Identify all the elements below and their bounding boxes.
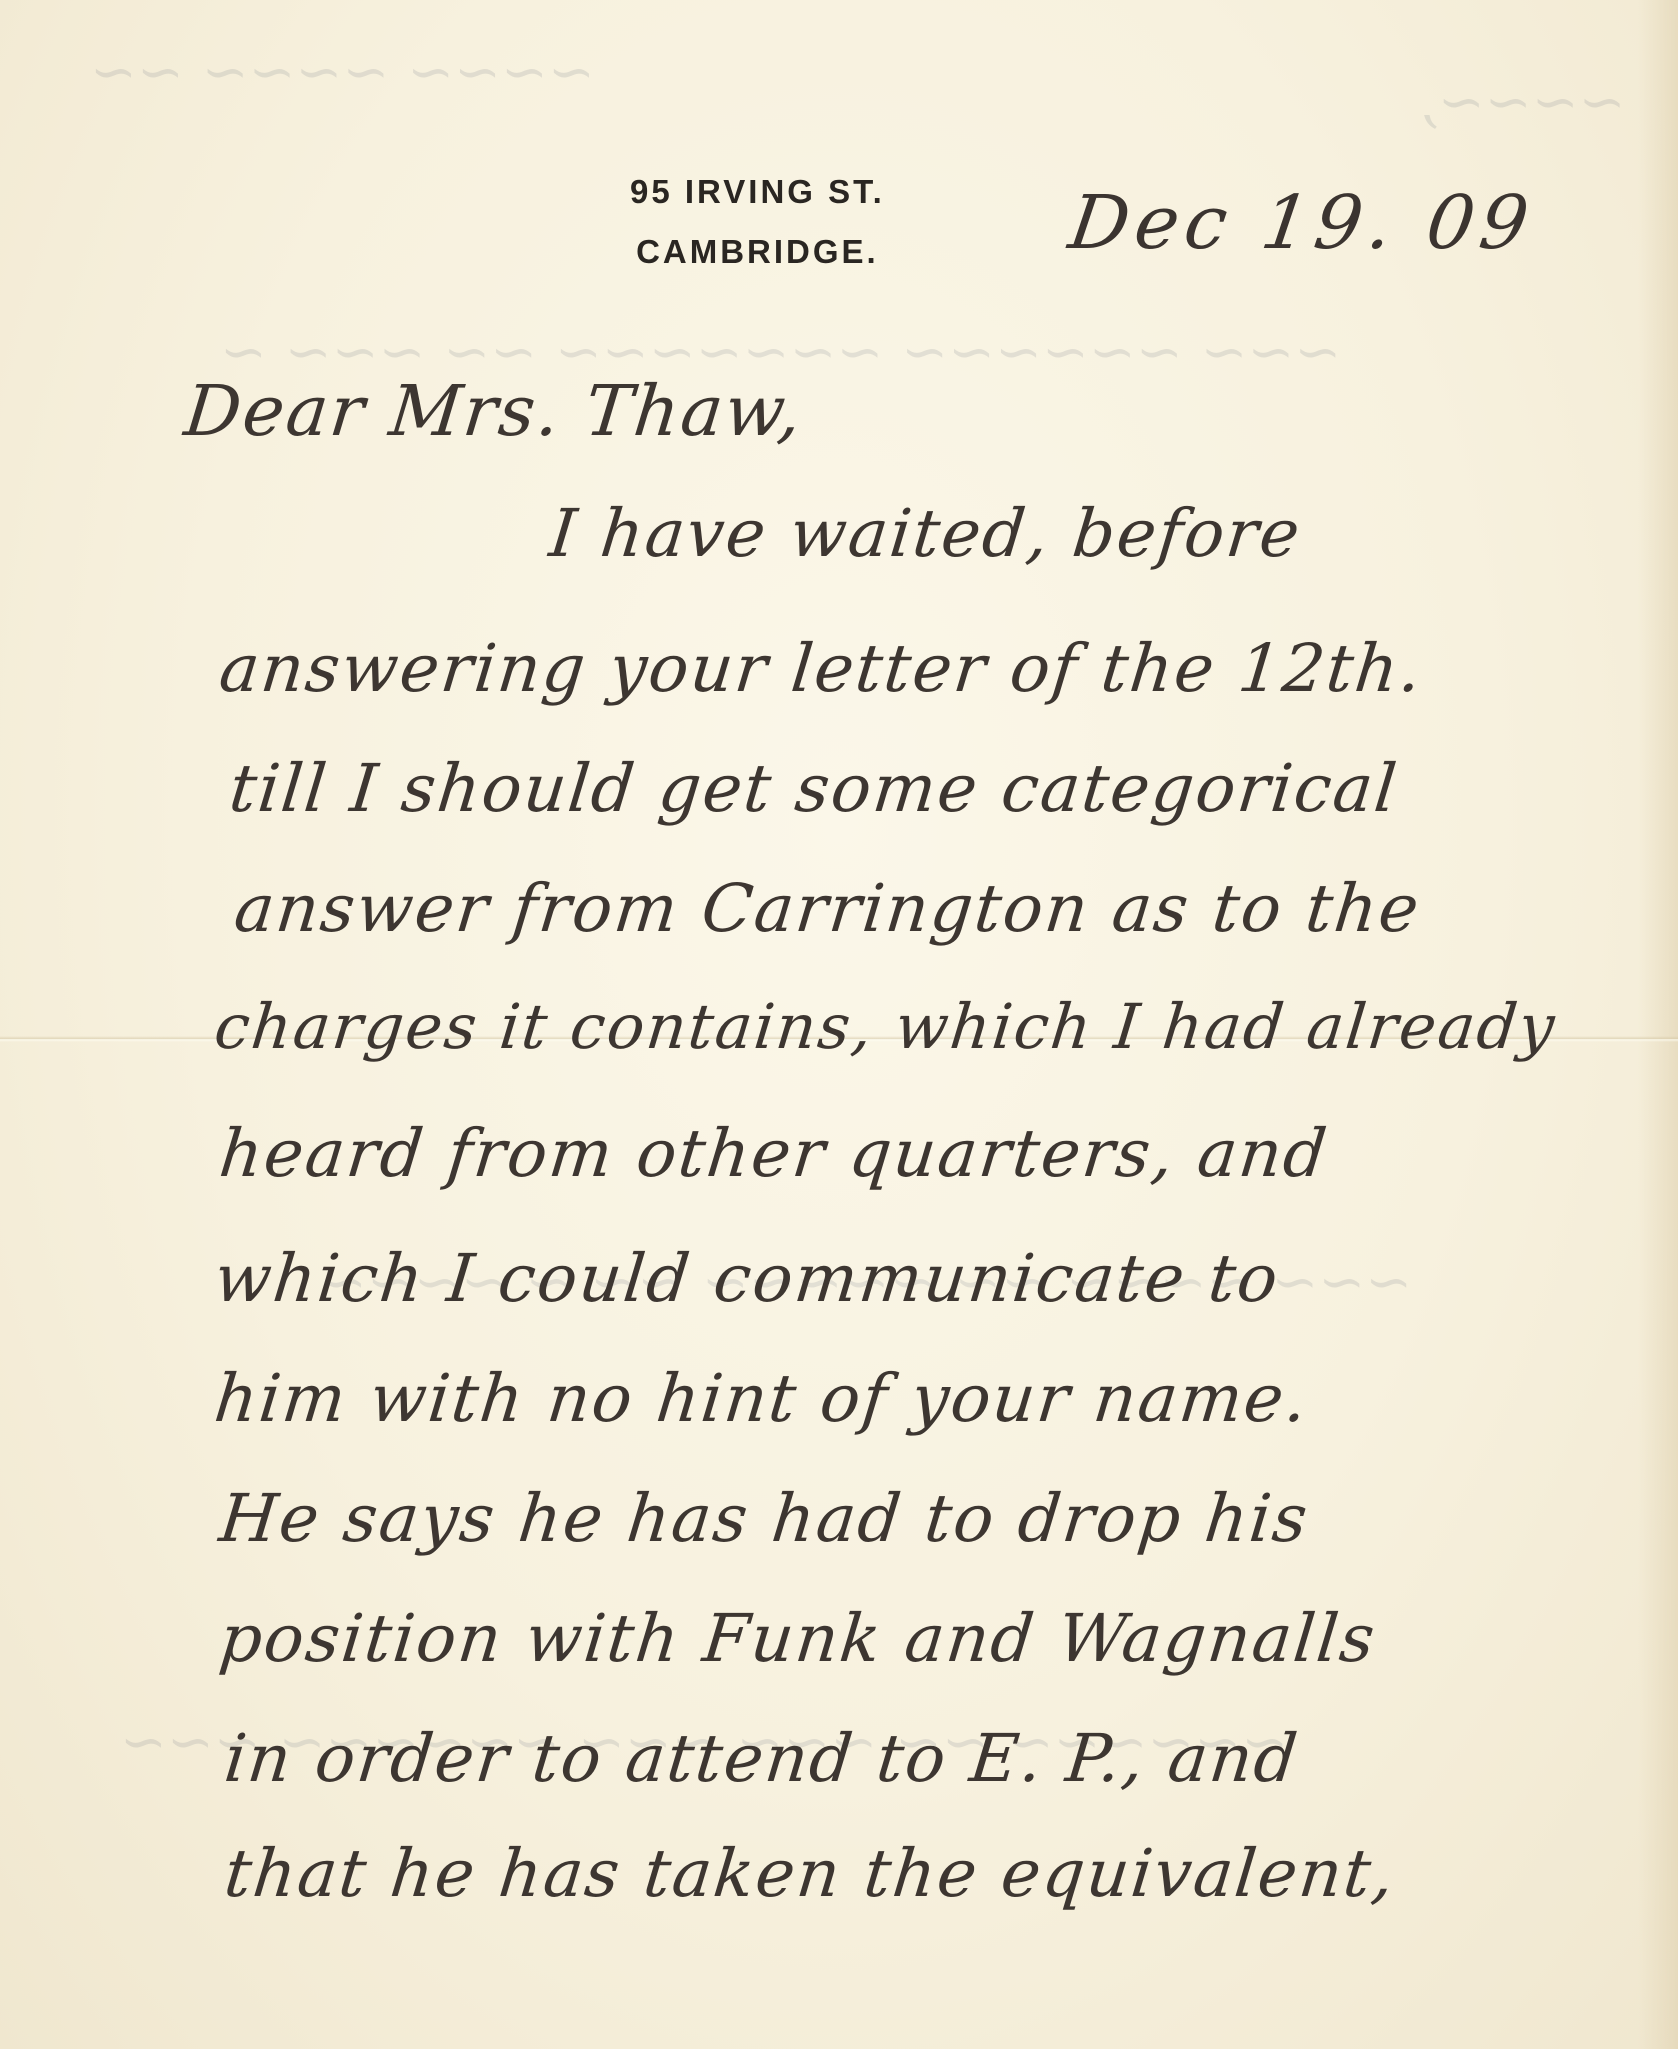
letter-date: Dec 19. 09: [1064, 180, 1540, 266]
body-line: till I should get some categorical: [226, 750, 1402, 827]
letterhead-address: 95 IRVING ST.: [630, 162, 885, 222]
body-line: He says he has had to drop his: [216, 1480, 1313, 1557]
body-line: position with Funk and Wagnalls: [216, 1600, 1380, 1677]
body-line: him with no hint of your name.: [211, 1360, 1312, 1437]
show-through-writing: ~~~~,: [1420, 70, 1626, 135]
paper-edge-shadow: [1638, 0, 1678, 2049]
body-line: in order to attend to E. P., and: [221, 1720, 1303, 1797]
salutation: Dear Mrs. Thaw,: [181, 370, 808, 452]
body-line: charges it contains, which I had already: [211, 990, 1560, 1063]
show-through-writing: ~~~~ ~~~~ ~~: [90, 40, 595, 105]
letter-page: ~~~~ ~~~~ ~~ ~~~~, ~~~ ~~~~~~ ~~~~~~~ ~~…: [0, 0, 1678, 2049]
body-line: that he has taken the equivalent,: [221, 1835, 1399, 1912]
body-line: answering your letter of the 12th.: [216, 630, 1427, 707]
letterhead: 95 IRVING ST. CAMBRIDGE.: [630, 162, 885, 282]
body-line: answer from Carrington as to the: [231, 870, 1424, 947]
letterhead-city: CAMBRIDGE.: [630, 222, 885, 282]
body-line: which I could communicate to: [211, 1240, 1283, 1317]
body-line: I have waited, before: [546, 495, 1305, 572]
body-line: heard from other quarters, and: [216, 1115, 1332, 1192]
